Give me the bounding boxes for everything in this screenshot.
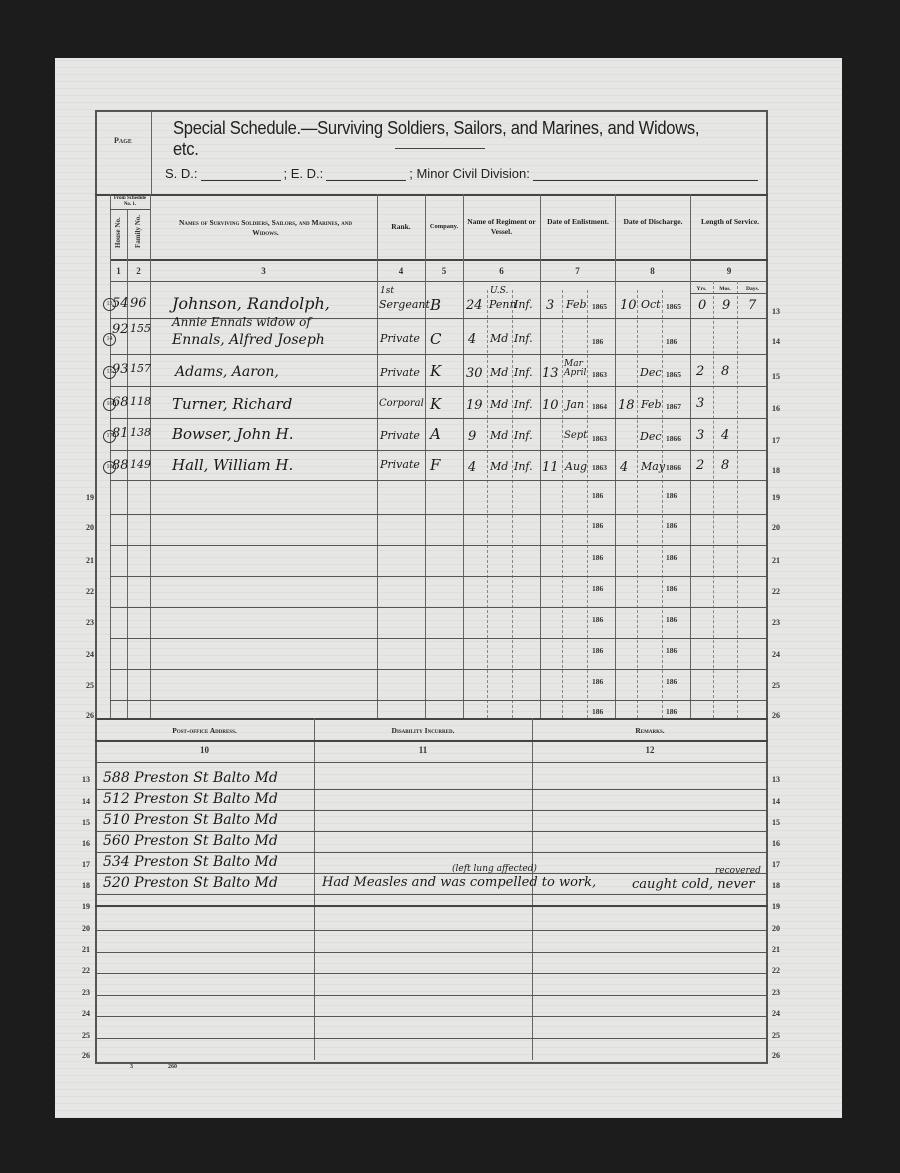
discharge-year: 186 (666, 521, 677, 530)
col-rule (737, 281, 738, 718)
line-number-left: 19 (86, 493, 94, 502)
company: C (430, 330, 441, 348)
discharge-month: Dec (640, 430, 662, 443)
row-rule (110, 354, 768, 355)
col-rule (314, 718, 315, 1060)
enlist-year: 186 (592, 677, 603, 686)
regiment-state: Md (490, 366, 508, 379)
colnum-9: 9 (690, 266, 768, 276)
discharge-year: 186 (666, 584, 677, 593)
enlist-year: 1863 (592, 434, 607, 443)
colnum-6: 6 (463, 266, 540, 276)
enlist-year: 186 (592, 491, 603, 500)
service-yrs: 0 (698, 298, 706, 313)
widow-note: Annie Ennals widow of (172, 315, 311, 329)
house-no: 88 (112, 458, 129, 473)
remarks: caught cold, never (632, 877, 755, 892)
enlist-year: 186 (592, 615, 603, 624)
line-number-right: 20 (772, 924, 780, 933)
line-number: 18 (772, 466, 780, 475)
enlist-month: Aug (565, 460, 587, 473)
line-number: 26 (772, 711, 780, 720)
colnum-1: 1 (110, 266, 127, 276)
row-rule (110, 638, 768, 639)
regiment-note: U.S. (490, 286, 508, 296)
post-office-address: 520 Preston St Balto Md (103, 875, 278, 891)
enlist-month: Jan (566, 398, 584, 411)
discharge-year: 186 (666, 677, 677, 686)
line-number-right: 23 (772, 988, 780, 997)
rank-note: 1st (380, 286, 394, 296)
enlist-year: 1863 (592, 370, 607, 379)
family-no: 157 (130, 362, 151, 375)
regiment-no: 30 (466, 366, 483, 381)
family-no: 138 (130, 426, 151, 439)
discharge-header: Date of Discharge. (620, 217, 686, 227)
house-no: 68 (112, 395, 129, 410)
rank: Sergeant (379, 298, 430, 311)
discharge-year: 186 (666, 707, 677, 716)
upper-table-bottom (95, 718, 768, 720)
discharge-day: 10 (620, 298, 637, 313)
row-rule (95, 831, 768, 832)
line-number: 22 (772, 587, 780, 596)
regiment-branch: Inf. (514, 429, 533, 442)
line-number: 16 (82, 839, 90, 848)
rank: Private (380, 332, 420, 345)
post-office-address: 512 Preston St Balto Md (103, 791, 278, 807)
line-number: 13 (82, 775, 90, 784)
line-number: 25 (82, 1031, 90, 1040)
row-rule (110, 545, 768, 546)
colnum-7: 7 (540, 266, 615, 276)
enlist-day: 11 (542, 460, 559, 475)
discharge-day: 4 (620, 460, 628, 475)
company: K (430, 362, 441, 380)
company: B (430, 296, 441, 314)
enlist-day: 13 (542, 366, 559, 381)
soldier-name: Turner, Richard (172, 395, 292, 413)
row-rule (110, 386, 768, 387)
line-number: 17 (82, 860, 90, 869)
regiment-branch: Inf. (514, 332, 533, 345)
header-divider (95, 194, 768, 196)
enlist-year: 1865 (592, 302, 607, 311)
line-number: 19 (82, 902, 90, 911)
line-number-right: 13 (772, 775, 780, 784)
line-number-right: 25 (772, 1031, 780, 1040)
company: F (430, 456, 440, 474)
row-rule (110, 576, 768, 577)
enlist-year: 1863 (592, 463, 607, 472)
soldier-name: Ennals, Alfred Joseph (172, 332, 325, 348)
row-rule (95, 810, 768, 811)
post-office-address: 560 Preston St Balto Md (103, 833, 278, 849)
discharge-day: 18 (618, 398, 635, 413)
line-number-right: 24 (772, 1009, 780, 1018)
regiment-branch: Inf. (514, 398, 533, 411)
line-number: 26 (82, 1051, 90, 1060)
line-number: 24 (82, 1009, 90, 1018)
house-no: 93 (112, 362, 129, 377)
row-rule (95, 1038, 768, 1039)
rank: Private (380, 458, 420, 471)
address-header: Post-office Address. (95, 726, 314, 736)
discharge-year: 186 (666, 646, 677, 655)
line-number: 20 (82, 924, 90, 933)
regiment-branch: Inf. (514, 366, 533, 379)
family-no: 118 (130, 395, 151, 408)
line-number-left: 22 (86, 587, 94, 596)
colnum-3: 3 (150, 266, 377, 276)
line-number-right: 22 (772, 966, 780, 975)
enlist-year: 186 (592, 337, 603, 346)
row-rule (110, 450, 768, 451)
enlist-day: 10 (542, 398, 559, 413)
enlistment-header: Date of Enlistment. (545, 217, 611, 227)
post-office-address: 534 Preston St Balto Md (103, 854, 278, 870)
row-rule (95, 894, 768, 895)
family-no-header: Family No. (134, 212, 142, 248)
service-mos: 8 (721, 364, 729, 379)
line-number: 21 (772, 556, 780, 565)
regiment-branch: Inf. (514, 298, 533, 311)
line-number: 21 (82, 945, 90, 954)
length-of-service-header: Length of Service. (697, 217, 763, 227)
colnum-8: 8 (615, 266, 690, 276)
company-header: Company. (425, 222, 463, 232)
names-header: Names of Surviving Soldiers, Sailors, an… (168, 218, 363, 238)
service-mos: 8 (721, 458, 729, 473)
regiment-state: Md (490, 460, 508, 473)
service-mos: 4 (721, 428, 729, 443)
enlist-year: 186 (592, 584, 603, 593)
regiment-branch: Inf. (514, 460, 533, 473)
subheader-rule (690, 293, 768, 294)
discharge-month: Feb (641, 398, 662, 411)
regiment-state: Md (490, 332, 508, 345)
line-number-right: 26 (772, 1051, 780, 1060)
row-rule (95, 873, 768, 874)
line-number-right: 17 (772, 860, 780, 869)
line-number-right: 18 (772, 881, 780, 890)
discharge-year: 186 (666, 337, 677, 346)
header-bottom-rule (110, 259, 768, 261)
line-number-right: 14 (772, 797, 780, 806)
service-yrs: 2 (696, 364, 704, 379)
row-rule (95, 930, 768, 931)
rank-header: Rank. (377, 222, 425, 232)
line-number-left: 23 (86, 618, 94, 627)
row-rule (95, 852, 768, 853)
service-mos: 9 (722, 298, 730, 313)
colnum-12: 12 (532, 745, 768, 755)
row-rule (95, 905, 768, 907)
line-number-left: 21 (86, 556, 94, 565)
colnum-2: 2 (127, 266, 150, 276)
row-rule (95, 952, 768, 953)
discharge-month: May (641, 460, 665, 473)
line-number: 13 (772, 307, 780, 316)
row-rule (95, 973, 768, 974)
family-no: 96 (130, 296, 147, 311)
soldier-name: Johnson, Randolph, (172, 294, 330, 313)
discharge-year: 186 (666, 491, 677, 500)
line-number-right: 21 (772, 945, 780, 954)
enlist-day: 3 (546, 298, 554, 313)
footer-code-left: 3 (130, 1064, 133, 1070)
rank: Private (380, 429, 420, 442)
discharge-year: 1866 (666, 463, 681, 472)
row-rule (110, 480, 768, 481)
soldier-name: Adams, Aaron, (175, 364, 279, 380)
rank: Corporal (379, 398, 424, 409)
line-number: 15 (82, 818, 90, 827)
row-rule (110, 418, 768, 419)
enlist-month: Sept (564, 430, 587, 441)
line-number: 14 (82, 797, 90, 806)
house-no: 92 (112, 322, 129, 337)
regiment-no: 9 (468, 429, 476, 444)
line-number: 18 (82, 881, 90, 890)
line-number: 15 (772, 372, 780, 381)
rank: Private (380, 366, 420, 379)
lower-header-rule (95, 740, 768, 742)
line-number: 24 (772, 650, 780, 659)
colnum-10: 10 (95, 745, 314, 755)
row-rule (110, 514, 768, 515)
from-schedule-label: From Schedule No. 1. (110, 196, 150, 208)
colnum-4: 4 (377, 266, 425, 276)
disability-header: Disability Incurred. (314, 726, 532, 736)
post-office-address: 588 Preston St Balto Md (103, 770, 278, 786)
regiment-no: 19 (466, 398, 483, 413)
line-number: 19 (772, 493, 780, 502)
service-yrs: 3 (696, 396, 704, 411)
discharge-year: 1865 (666, 302, 681, 311)
house-no-header: House No. (114, 212, 122, 248)
line-number-right: 15 (772, 818, 780, 827)
regiment-header: Name of Regiment or Vessel. (463, 217, 540, 237)
line-number: 20 (772, 523, 780, 532)
discharge-year: 1865 (666, 370, 681, 379)
post-office-address: 510 Preston St Balto Md (103, 812, 278, 828)
colnum-5: 5 (425, 266, 463, 276)
line-number-left: 20 (86, 523, 94, 532)
footer-code-right: 260 (168, 1064, 177, 1070)
disability-incurred: Had Measles and was compelled to work, (322, 875, 596, 890)
enlist-year: 186 (592, 707, 603, 716)
line-number: 14 (772, 337, 780, 346)
enlist-year: 1864 (592, 402, 607, 411)
enlist-year: 186 (592, 646, 603, 655)
row-rule (110, 669, 768, 670)
soldier-name: Bowser, John H. (172, 425, 294, 443)
line-number: 23 (82, 988, 90, 997)
soldier-name: Hall, William H. (172, 456, 293, 474)
row-rule (110, 607, 768, 608)
enlist-year: 186 (592, 521, 603, 530)
line-number: 25 (772, 681, 780, 690)
service-days: 7 (748, 298, 756, 313)
remarks-note: recovered (715, 866, 761, 876)
discharge-month: Oct (641, 298, 661, 311)
service-yrs: 2 (696, 458, 704, 473)
line-number-left: 24 (86, 650, 94, 659)
line-number-left: 25 (86, 681, 94, 690)
discharge-month: Dec (640, 366, 662, 379)
line-number: 23 (772, 618, 780, 627)
service-yrs: 3 (696, 428, 704, 443)
enlist-year: 186 (592, 553, 603, 562)
regiment-state: Md (490, 398, 508, 411)
colnum-rule (110, 281, 768, 282)
regiment-no: 24 (466, 298, 483, 313)
company: A (430, 425, 441, 443)
enlist-month: Mar April (564, 360, 588, 378)
line-number: 16 (772, 404, 780, 413)
row-rule (95, 1016, 768, 1017)
line-number: 22 (82, 966, 90, 975)
house-no: 81 (112, 426, 129, 441)
line-number-left: 26 (86, 711, 94, 720)
regiment-state: Md (490, 429, 508, 442)
family-no: 149 (130, 458, 151, 471)
line-number-right: 19 (772, 902, 780, 911)
discharge-year: 1866 (666, 434, 681, 443)
discharge-year: 186 (666, 553, 677, 562)
company: K (430, 395, 441, 413)
subheader-rule (110, 209, 150, 210)
colnum-rule (95, 762, 768, 763)
row-rule (110, 700, 768, 701)
line-number-right: 16 (772, 839, 780, 848)
col-rule (713, 281, 714, 718)
regiment-state: Penn (489, 298, 517, 311)
enlist-month: Feb (566, 298, 587, 311)
line-number: 17 (772, 436, 780, 445)
row-rule (95, 995, 768, 996)
house-no: 54 (112, 296, 129, 311)
discharge-year: 186 (666, 615, 677, 624)
family-no: 155 (130, 322, 151, 335)
remarks-header: Remarks. (532, 726, 768, 736)
row-rule (95, 789, 768, 790)
regiment-no: 4 (468, 460, 476, 475)
regiment-no: 4 (468, 332, 476, 347)
discharge-year: 1867 (666, 402, 681, 411)
disability-note: (left lung affected) (452, 864, 537, 874)
colnum-11: 11 (314, 745, 532, 755)
